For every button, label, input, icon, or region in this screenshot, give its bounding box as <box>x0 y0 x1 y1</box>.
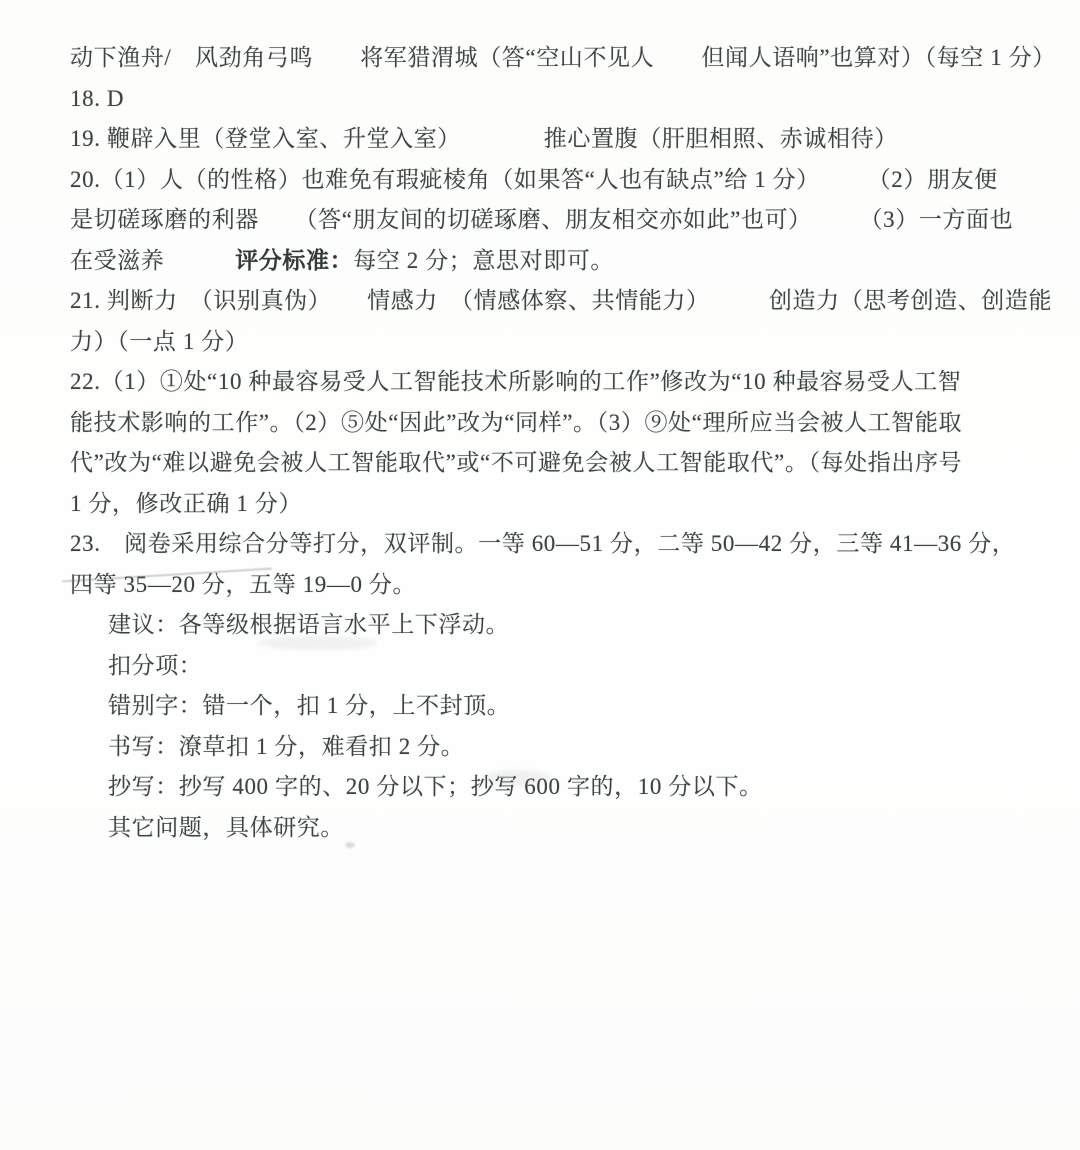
answer-line-q21-2: 力）（一点 1 分） <box>70 322 1020 363</box>
document-page: 动下渔舟/ 风劲角弓鸣 将军猎渭城（答“空山不见人 但闻人语响”也算对）（每空 … <box>0 0 1080 1150</box>
answer-line-q22-2: 能技术影响的工作”。（2）⑤处“因此”改为“同样”。（3）⑨处“理所应当会被人工… <box>70 403 1020 444</box>
answer-line-q20-1: 20.（1）人（的性格）也难免有瑕疵棱角（如果答“人也有缺点”给 1 分） （2… <box>70 160 1020 201</box>
answer-line-q20-2: 是切磋琢磨的利器 （答“朋友间的切磋琢磨、朋友相交亦如此”也可） （3）一方面也 <box>70 200 1020 241</box>
answer-line-q21-1: 21. 判断力 （识别真伪） 情感力 （情感体察、共情能力） 创造力（思考创造、… <box>70 281 1020 322</box>
answer-line-handwriting: 书写：潦草扣 1 分，难看扣 2 分。 <box>70 727 1020 768</box>
answer-line-q18: 18. D <box>70 79 1020 120</box>
answer-line-other-issues: 其它问题，具体研究。 <box>70 808 1020 849</box>
answer-line-q20-3-post: 每空 2 分；意思对即可。 <box>353 248 614 273</box>
answer-line-dictation: 动下渔舟/ 风劲角弓鸣 将军猎渭城（答“空山不见人 但闻人语响”也算对）（每空 … <box>70 38 1020 79</box>
answer-line-q23-1: 23. 阅卷采用综合分等打分，双评制。一等 60—51 分，二等 50—42 分… <box>70 524 1020 565</box>
answer-line-q22-1: 22.（1）①处“10 种最容易受人工智能技术所影响的工作”修改为“10 种最容… <box>70 362 1020 403</box>
answer-line-q22-3: 代”改为“难以避免会被人工智能取代”或“不可避免会被人工智能取代”。（每处指出序… <box>70 443 1020 484</box>
answer-line-copying: 抄写：抄写 400 字的、20 分以下；抄写 600 字的，10 分以下。 <box>70 767 1020 808</box>
answer-line-suggestion: 建议：各等级根据语言水平上下浮动。 <box>70 605 1020 646</box>
answer-line-q23-2: 四等 35—20 分，五等 19—0 分。 <box>70 565 1020 606</box>
answer-key-text: 动下渔舟/ 风劲角弓鸣 将军猎渭城（答“空山不见人 但闻人语响”也算对）（每空 … <box>70 38 1020 848</box>
answer-line-q22-4: 1 分，修改正确 1 分） <box>70 484 1020 525</box>
answer-line-q19: 19. 鞭辟入里（登堂入室、升堂入室） 推心置腹（肝胆相照、赤诚相待） <box>70 119 1020 160</box>
answer-line-deduction-header: 扣分项： <box>70 646 1020 687</box>
answer-line-q20-3-pre: 在受滋养 <box>70 248 235 273</box>
scoring-standard-label: 评分标准： <box>235 248 353 273</box>
answer-line-typos: 错别字：错一个，扣 1 分，上不封顶。 <box>70 686 1020 727</box>
answer-line-q20-3: 在受滋养 评分标准：每空 2 分；意思对即可。 <box>70 241 1020 282</box>
